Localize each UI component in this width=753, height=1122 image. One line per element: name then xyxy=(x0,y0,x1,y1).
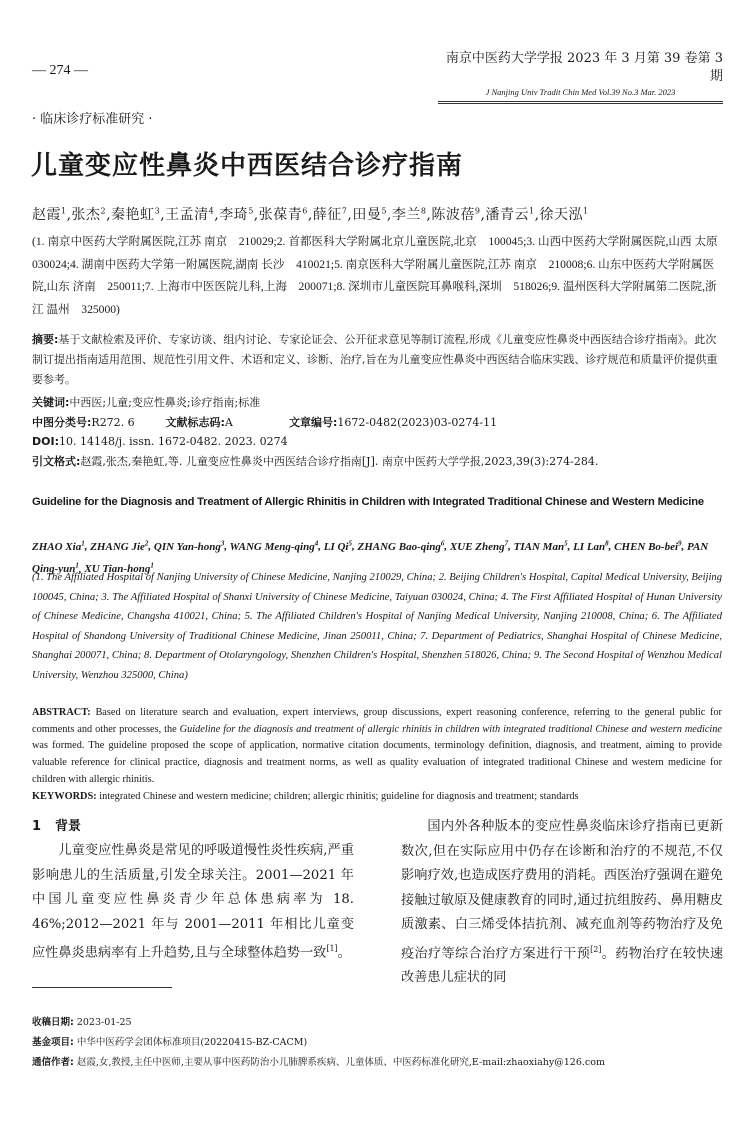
classification-row: 中图分类号:R272. 6 文献标志码:A 文章编号:1672-0482(202… xyxy=(32,413,732,433)
author-name: 张葆青6 xyxy=(259,207,308,223)
abstract-en-label: ABSTRACT: xyxy=(32,707,91,718)
author-name: 薛征7 xyxy=(313,207,348,223)
author-name: ZHAO Xia1 xyxy=(32,541,85,553)
author-name: 赵霞1 xyxy=(32,207,67,223)
citation-value: 赵霞,张杰,秦艳虹,等. 儿童变应性鼻炎中西医结合诊疗指南[J]. 南京中医药大… xyxy=(80,455,598,468)
abstract-cn: 摘要:基于文献检索及评价、专家访谈、组内讨论、专家论证会、公开征求意见等制订流程… xyxy=(32,330,722,390)
classification-value: R272. 6 xyxy=(91,413,134,433)
affiliation-marker: 4 xyxy=(315,539,319,547)
author-name: LI Lan8 xyxy=(573,541,609,553)
author-name: 秦艳虹3 xyxy=(111,207,160,223)
author-name: 陈波蓓9 xyxy=(431,207,480,223)
affiliation-marker: 2 xyxy=(145,539,149,547)
section-heading: 1背景 xyxy=(32,815,354,839)
affiliation-marker: 3 xyxy=(221,539,225,547)
author-name: 徐天泓1 xyxy=(540,207,589,223)
page-number: — 274 — xyxy=(32,63,88,79)
affiliation-marker: 1 xyxy=(583,206,589,215)
affiliation-marker: 6 xyxy=(302,206,308,215)
fund-project: 基金项目: 中华中医药学会团体标准项目(20220415-BZ-CACM) xyxy=(32,1033,732,1053)
affiliations-en: (1. The Affiliated Hospital of Nanjing U… xyxy=(32,568,722,685)
journal-name-cn: 南京中医药大学学报 2023 年 3 月第 39 卷第 3 期 xyxy=(438,50,723,86)
affiliation-marker: 2 xyxy=(101,206,107,215)
affiliation-marker: 3 xyxy=(155,206,161,215)
footnotes: 收稿日期: 2023-01-25 基金项目: 中华中医药学会团体标准项目(202… xyxy=(32,1013,732,1073)
citation-ref[interactable]: [2] xyxy=(590,945,601,954)
author-name: ZHANG Jie2 xyxy=(90,541,148,553)
keywords-cn: 关键词:中西医;儿童;变应性鼻炎;诊疗指南;标准 xyxy=(32,393,732,413)
doc-code-value: A xyxy=(225,413,233,433)
affiliation-marker: 4 xyxy=(209,206,215,215)
journal-header: 南京中医药大学学报 2023 年 3 月第 39 卷第 3 期 J Nanjin… xyxy=(438,50,723,104)
body-column-left: 1背景 儿童变应性鼻炎是常见的呼吸道慢性炎性疾病,严重影响患儿的生活质量,引发全… xyxy=(32,815,354,966)
author-name: ZHANG Bao-qing6 xyxy=(357,541,444,553)
corresponding-author: 通信作者: 赵霞,女,教授,主任中医师,主要从事中医药防治小儿肺脾系疾病、儿童体… xyxy=(32,1053,732,1073)
author-name: CHEN Bo-bei9 xyxy=(614,541,681,553)
affiliation-marker: 6 xyxy=(441,539,445,547)
abstract-label: 摘要: xyxy=(32,333,58,346)
affiliation-marker: 9 xyxy=(475,206,481,215)
doi-row: DOI:10. 14148/j. issn. 1672-0482. 2023. … xyxy=(32,432,732,452)
journal-name-en: J Nanjing Univ Tradit Chin Med Vol.39 No… xyxy=(438,86,723,101)
citation-ref[interactable]: [1] xyxy=(326,944,337,953)
keywords-en: KEYWORDS: integrated Chinese and western… xyxy=(32,789,722,806)
author-name: 潘青云1 xyxy=(485,207,534,223)
affiliation-marker: 5 xyxy=(381,206,387,215)
affiliation-marker: 7 xyxy=(505,539,509,547)
paragraph: 儿童变应性鼻炎是常见的呼吸道慢性炎性疾病,严重影响患儿的生活质量,引发全球关注。… xyxy=(32,839,354,966)
footnote-divider xyxy=(32,987,172,988)
header-double-rule xyxy=(438,101,723,104)
received-date: 收稿日期: 2023-01-25 xyxy=(32,1013,732,1033)
author-name: LI Qi5 xyxy=(324,541,352,553)
abstract-text: 基于文献检索及评价、专家访谈、组内讨论、专家论证会、公开征求意见等制订流程,形成… xyxy=(32,333,718,386)
abstract-en: ABSTRACT: Based on literature search and… xyxy=(32,705,722,805)
affiliation-marker: 8 xyxy=(421,206,427,215)
metadata-cn: 关键词:中西医;儿童;变应性鼻炎;诊疗指南;标准 中图分类号:R272. 6 文… xyxy=(32,393,732,471)
affiliations-cn: (1. 南京中医药大学附属医院,江苏 南京 210029;2. 首都医科大学附属… xyxy=(32,231,722,321)
author-name: 李兰8 xyxy=(392,207,427,223)
author-name: TIAN Man5 xyxy=(514,541,568,553)
doi-link[interactable]: 10. 14148/j. issn. 1672-0482. 2023. 0274 xyxy=(59,435,288,448)
author-name: 田曼5 xyxy=(352,207,387,223)
article-title: 儿童变应性鼻炎中西医结合诊疗指南 xyxy=(31,145,463,182)
body-column-right: 国内外各种版本的变应性鼻炎临床诊疗指南已更新数次,但在实际应用中仍存在诊断和治疗… xyxy=(401,815,723,991)
affiliation-marker: 5 xyxy=(564,539,568,547)
affiliation-marker: 8 xyxy=(605,539,609,547)
affiliation-marker: 1 xyxy=(81,539,85,547)
paragraph: 国内外各种版本的变应性鼻炎临床诊疗指南已更新数次,但在实际应用中仍存在诊断和治疗… xyxy=(401,815,723,991)
author-name: QIN Yan-hong3 xyxy=(154,541,224,553)
author-name: 李琦5 xyxy=(219,207,254,223)
affiliation-marker: 5 xyxy=(348,539,352,547)
citation-row: 引文格式:赵霞,张杰,秦艳虹,等. 儿童变应性鼻炎中西医结合诊疗指南[J]. 南… xyxy=(32,452,732,472)
affiliation-marker: 1 xyxy=(529,206,535,215)
author-name: 张杰2 xyxy=(72,207,107,223)
affiliation-marker: 7 xyxy=(342,206,348,215)
author-name: WANG Meng-qing4 xyxy=(230,541,319,553)
author-name: 王孟清4 xyxy=(165,207,214,223)
author-list: 赵霞1,张杰2,秦艳虹3,王孟清4,李琦5,张葆青6,薛征7,田曼5,李兰8,陈… xyxy=(32,204,589,224)
article-title-en: Guideline for the Diagnosis and Treatmen… xyxy=(32,492,722,512)
affiliation-marker: 1 xyxy=(61,206,67,215)
affiliation-marker: 5 xyxy=(248,206,254,215)
section-tag: · 临床诊疗标准研究 · xyxy=(32,108,153,127)
article-number-value: 1672-0482(2023)03-0274-11 xyxy=(337,413,497,433)
author-name: XUE Zheng7 xyxy=(450,541,508,553)
affiliation-marker: 9 xyxy=(678,539,682,547)
